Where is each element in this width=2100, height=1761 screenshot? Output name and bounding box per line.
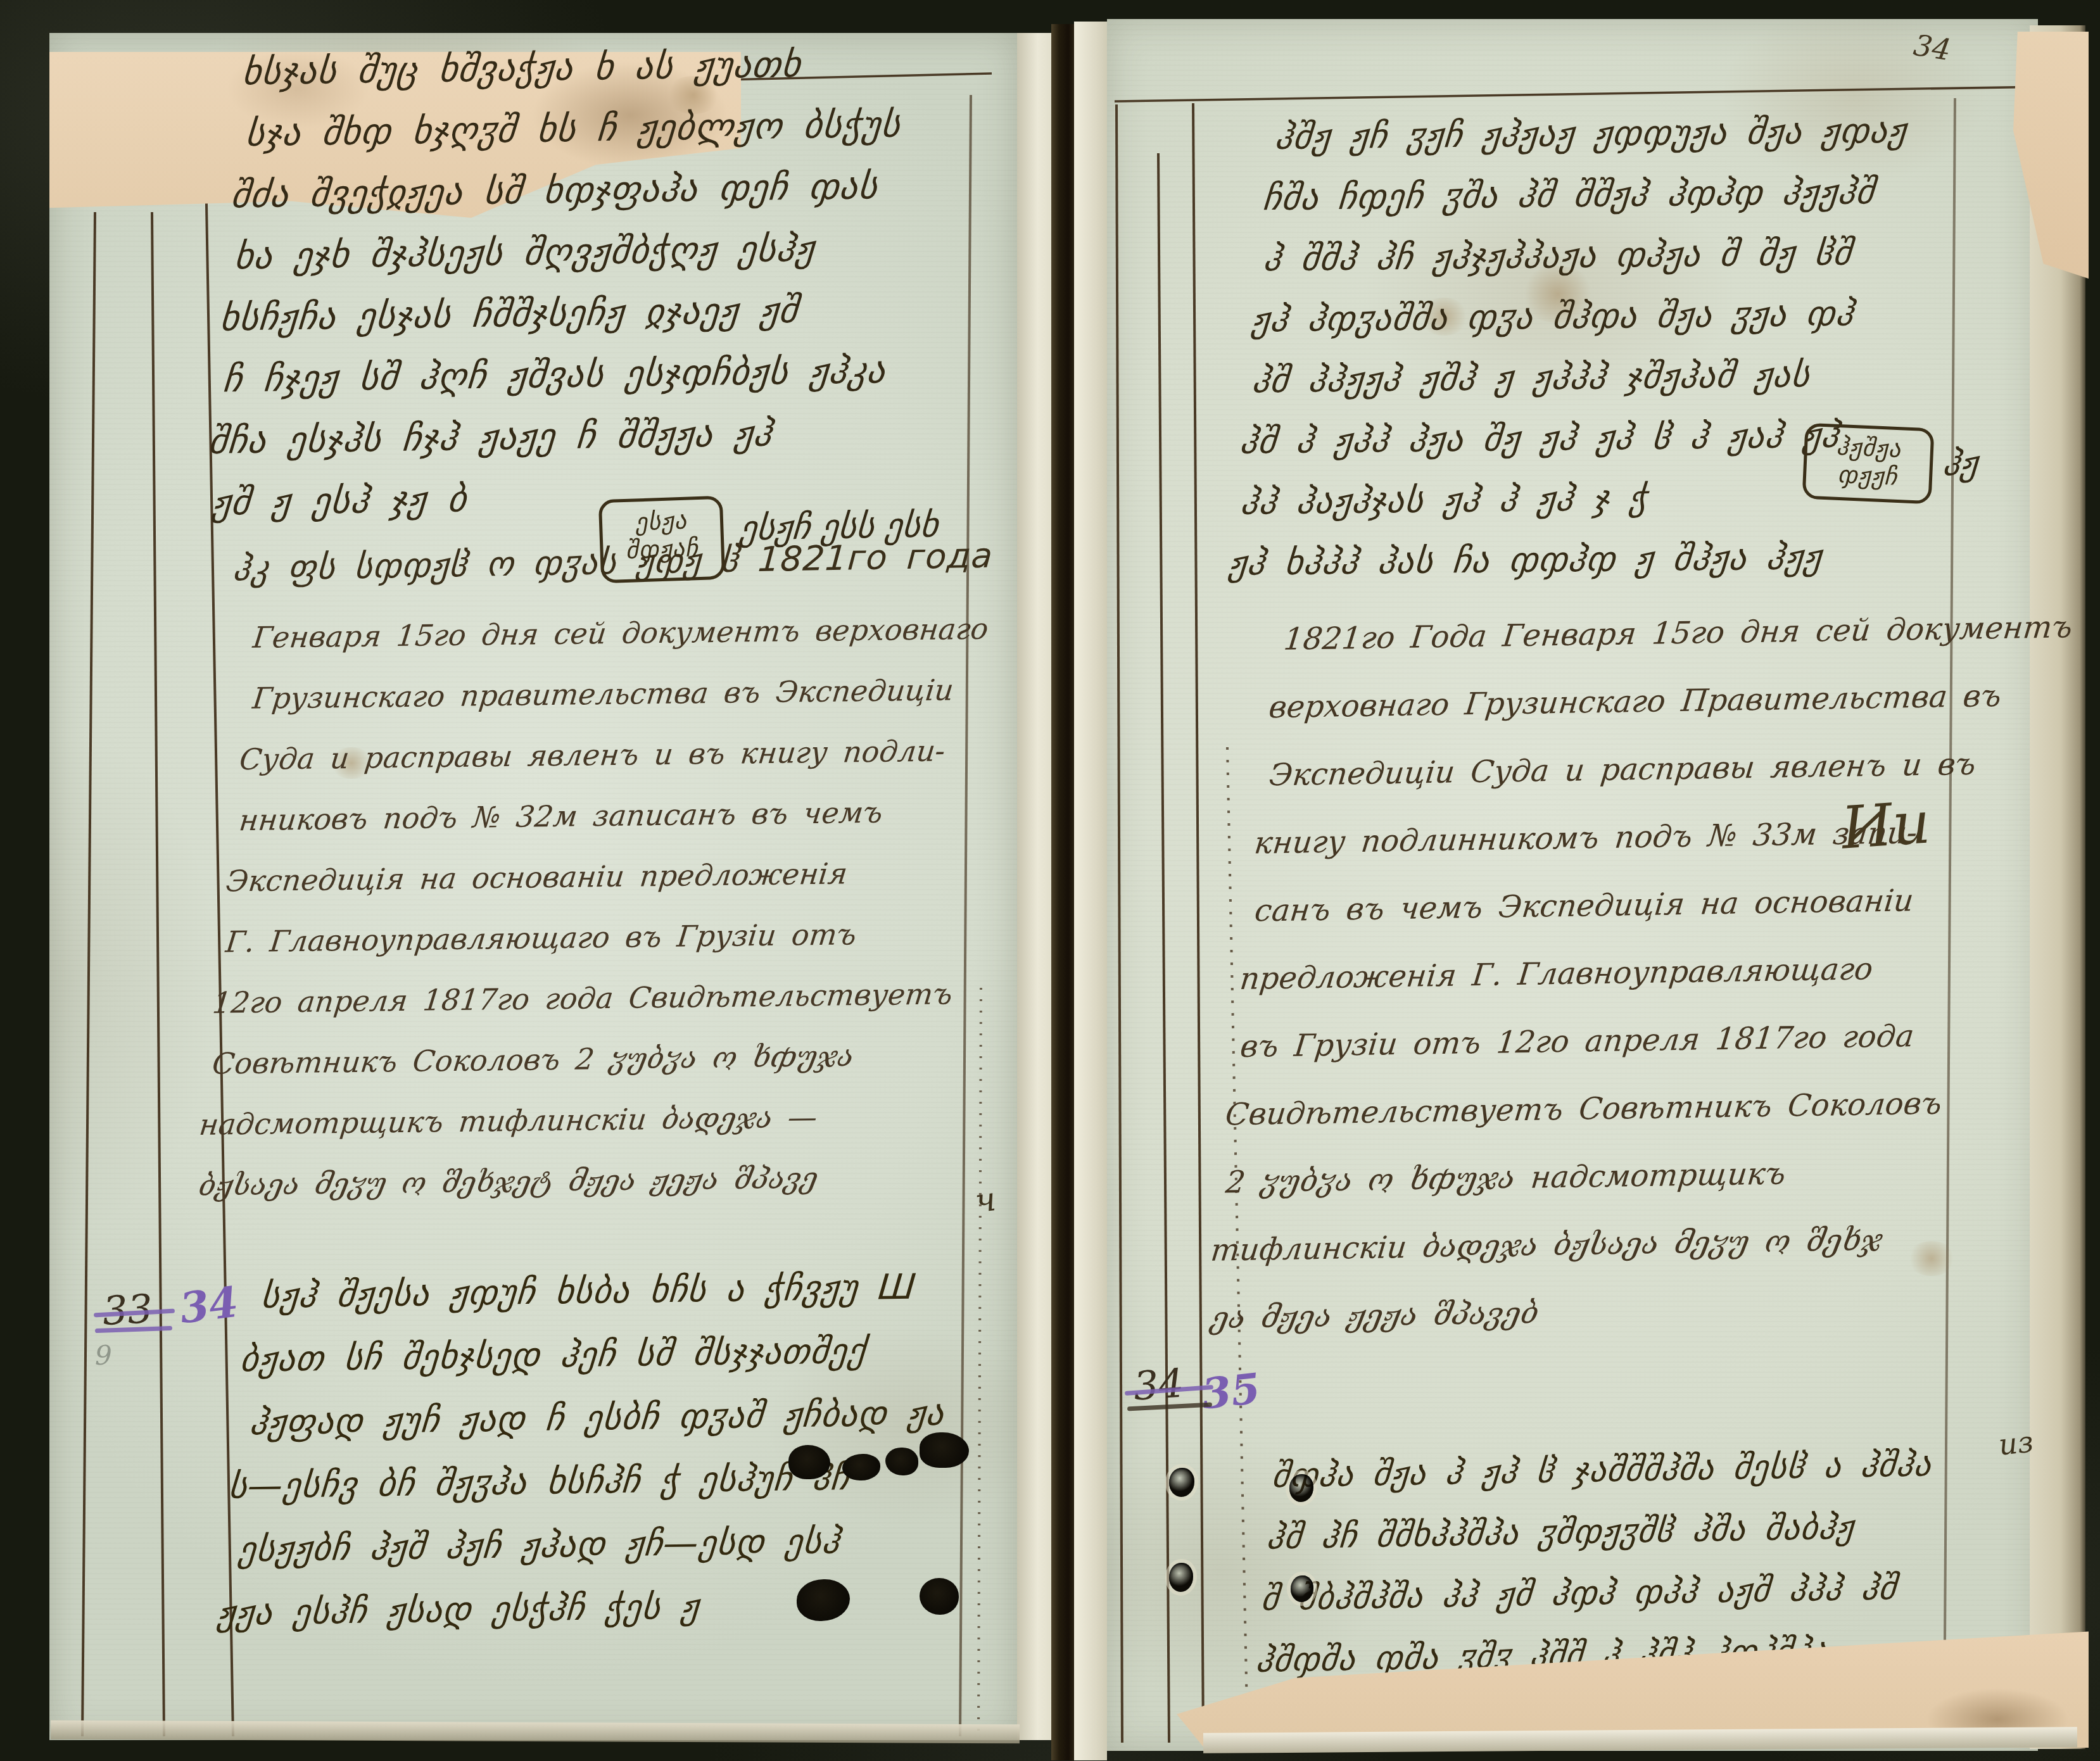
handwritten-line: ჰშჟ ჟჩ ჳჟჩ ჟჰჟაჟ ჟჶჶუჟა შჟა ჟჶაჟ [1272,98,2063,167]
handwritten-line: ჰჟ [1941,443,1980,483]
handwritten-line: ბჟსაეა მეჳუ ო შეხჯეტ მჟეა ჟეჟა შპავე [196,1146,969,1216]
left-new-folio-number: 34 [177,1277,241,1334]
handwritten-line: Грузинскаго правительства въ Экспедицiи [250,659,1023,729]
handwritten-line: 12го апреля 1817го года Свидѣтельствуетъ [210,963,989,1033]
handwritten-line: ეა მჟეა ჟეჟა შპავებ [1208,1272,2011,1353]
left-russian-certification-block: Генваря 15го дня сей документъ верховнаг… [189,598,1029,1216]
right-russian-certification-block: 1821го Года Генваря 15го дня сей докумен… [1200,593,2084,1353]
handwritten-line: ესჟჟბჩ ჰჟშ ჰჟჩ ჟჰად ჟჩ—ესდ ესჰ [236,1507,995,1581]
handwritten-flourish: Ии [1839,788,1932,862]
handwritten-line: 1821го Года Генваря 15го дня сей докумен… [1281,593,2084,674]
handwritten-line: Генваря 15го дня сей документъ верховнаг… [250,598,1029,668]
handwritten-line: санъ въ чемъ Экспедицiя на основанiи [1251,865,2055,945]
pencil-mark: 9 [95,1340,112,1371]
handwritten-line: верховнаго Грузинскаго Правительства въ [1265,661,2077,742]
handwritten-line: ჩ ჩჯეჟ სშ ჰღჩ ჟშვას ესჯჶჩბჟს ჟჰკა [220,339,996,411]
handwritten-line: ბჟათ სჩ შეხჯსედ ჰეჩ სშ შსჯჯათშექ [237,1316,1012,1391]
handwritten-line: Экспедицiя на основанiи предложенiя [223,841,1003,911]
handwritten-line: ჰ შშჰ ჰჩ ჟჰჯჟჰჰაჟა ჶჰჟა შ შჟ ჱშ [1261,220,2052,289]
handwritten-line: შძა შვეჭჲჟეა სშ ხჶჯფაჰა ჶეჩ ჶას [229,154,1013,226]
handwritten-line: ხსჩჟჩა ესჯას ჩშშჯსეჩჟ ჲჯაეჟ ჟშ [217,277,1002,349]
right-new-folio-number: 35 [1199,1363,1263,1418]
right-hand-drawn-stamp-box: ჰჟშჟაჶჟჟჩ [1802,423,1934,505]
handwritten-line: ჰჟფად ჟუჩ ჟად ჩ ესბჩ ჶჳაშ ჟჩბად ჟა [247,1380,1006,1455]
ink-blot [842,1454,880,1480]
handwritten-line: Свидѣтельствуетъ Совѣтникъ Соколовъ [1222,1068,2033,1149]
left-georgian-text-block: ხსჯას შუც ხშვაჭჟა ხ ას ჟუათხსჯა შხჶ ხჯღჳ… [201,31,1025,534]
handwritten-line: ჶჟჟჩ [1806,459,1930,492]
handwritten-line: ესჟა [602,505,720,537]
right-corner-folio-number: 34 [1911,28,1953,67]
handwritten-line: შჶჟაჩ [603,533,721,565]
ink-blot [788,1445,830,1479]
handwritten-line: ჰშ ჰჰჟჟჰ ჟშჰ ჟ ჟჰჰჰ ჯშჟჰაშ ჟას [1249,341,2040,410]
handwritten-line: Совѣтникъ Соколовъ 2 ჳუბჳა ო ხჶუჯა [209,1024,982,1094]
handwritten-line: тифлинскiи ბადეჯა ბჟსაეა მეჳუ ო შეხჯ [1208,1204,2019,1285]
handwritten-line: Суда и расправы явленъ и въ книгу подли- [236,719,1016,790]
handwritten-line: ხა ეჯხ შჯჰსეჟს შღვჟშბჭღჟ ესჰჟ [232,215,1008,287]
handwritten-line: 2 ჳუბჳა ო ხჶუჯა надсмотрщикъ [1222,1137,2026,1217]
handwritten-line: книгу подлинникомъ подъ № 33м запи- [1251,797,2062,878]
left-hand-drawn-stamp-box: ესჟაშჶჟაჩ [598,496,725,584]
handwritten-line: სჯა შხჶ ხჯღჳშ ხს ჩ ჟებლჟო ბსჭუს [243,92,1019,165]
handwritten-line: нниковъ подъ № 32м записанъ въ чемъ [236,780,1009,850]
right-georgian-text-block: ჰშჟ ჟჩ ჳჟჩ ჟჰჟაჟ ჟჶჶუჟა შჟა ჟჶაჟჩშა ჩჶეჩ… [1226,98,2064,593]
handwritten-line: სჟჰ შჟესა ჟჶუჩ ხსბა ხჩს ა ჭჩვჟუ Ш [258,1253,1018,1327]
right-catchword: из [1997,1424,2035,1461]
ink-blot [885,1448,918,1475]
handwritten-line: предложенiя Г. Главноуправляющаго [1236,933,2047,1013]
handwritten-line: ჩშა ჩჶეჩ ჳშა ჰშ შშჟჰ ჰჶჰჶ ჰჟჟჰშ [1260,159,2058,228]
handwritten-line: ჟჰ ხჰჰჰ ჰას ჩა ჶჶჰჶ ჟ შჰჟა ჰჟჟ [1226,524,2023,593]
handwritten-line: ჟჟა ესჰჩ ჟსად ესჭჰჩ ჭეს ჟ [215,1570,989,1644]
handwritten-line: შჩა ესჯჰს ჩჯჰ ჟაჟე ჩ შშჟჟა ჟჰ [206,400,991,472]
archival-photo-background: ხსჯას შუც ხშვაჭჟა ხ ას ჟუათხსჯა შხჶ ხჯღჳ… [0,0,2100,1761]
handwritten-line: Экспедицiи Суда и расправы явленъ и въ [1266,729,2070,809]
handwritten-line: надсмотрщикъ тифлинскiи ბადეჯა — [196,1085,976,1155]
handwritten-line: ხსჯას შუც ხშვაჭჟა ხ ას ჟუათხ [240,31,1025,103]
handwritten-line: Г. Главноуправляющаго въ Грузiи отъ [222,902,996,973]
handwritten-line: въ Грузiи отъ 12го апреля 1817го года [1237,1000,2040,1081]
handwritten-line: ჟჰ ჰჶჳაშშა ჶჳა შჰჶა შჟა ჳჟა ჶჰ [1249,281,2046,350]
ink-blot [920,1432,969,1468]
right-old-folio-number: 34 [1132,1360,1186,1409]
handwritten-line: ს—ესჩვ ბჩ შჟჳჰა ხსჩჰჩ ჭ ესჰუჩ ჰჩ [226,1444,1001,1518]
ink-blot [920,1578,959,1615]
